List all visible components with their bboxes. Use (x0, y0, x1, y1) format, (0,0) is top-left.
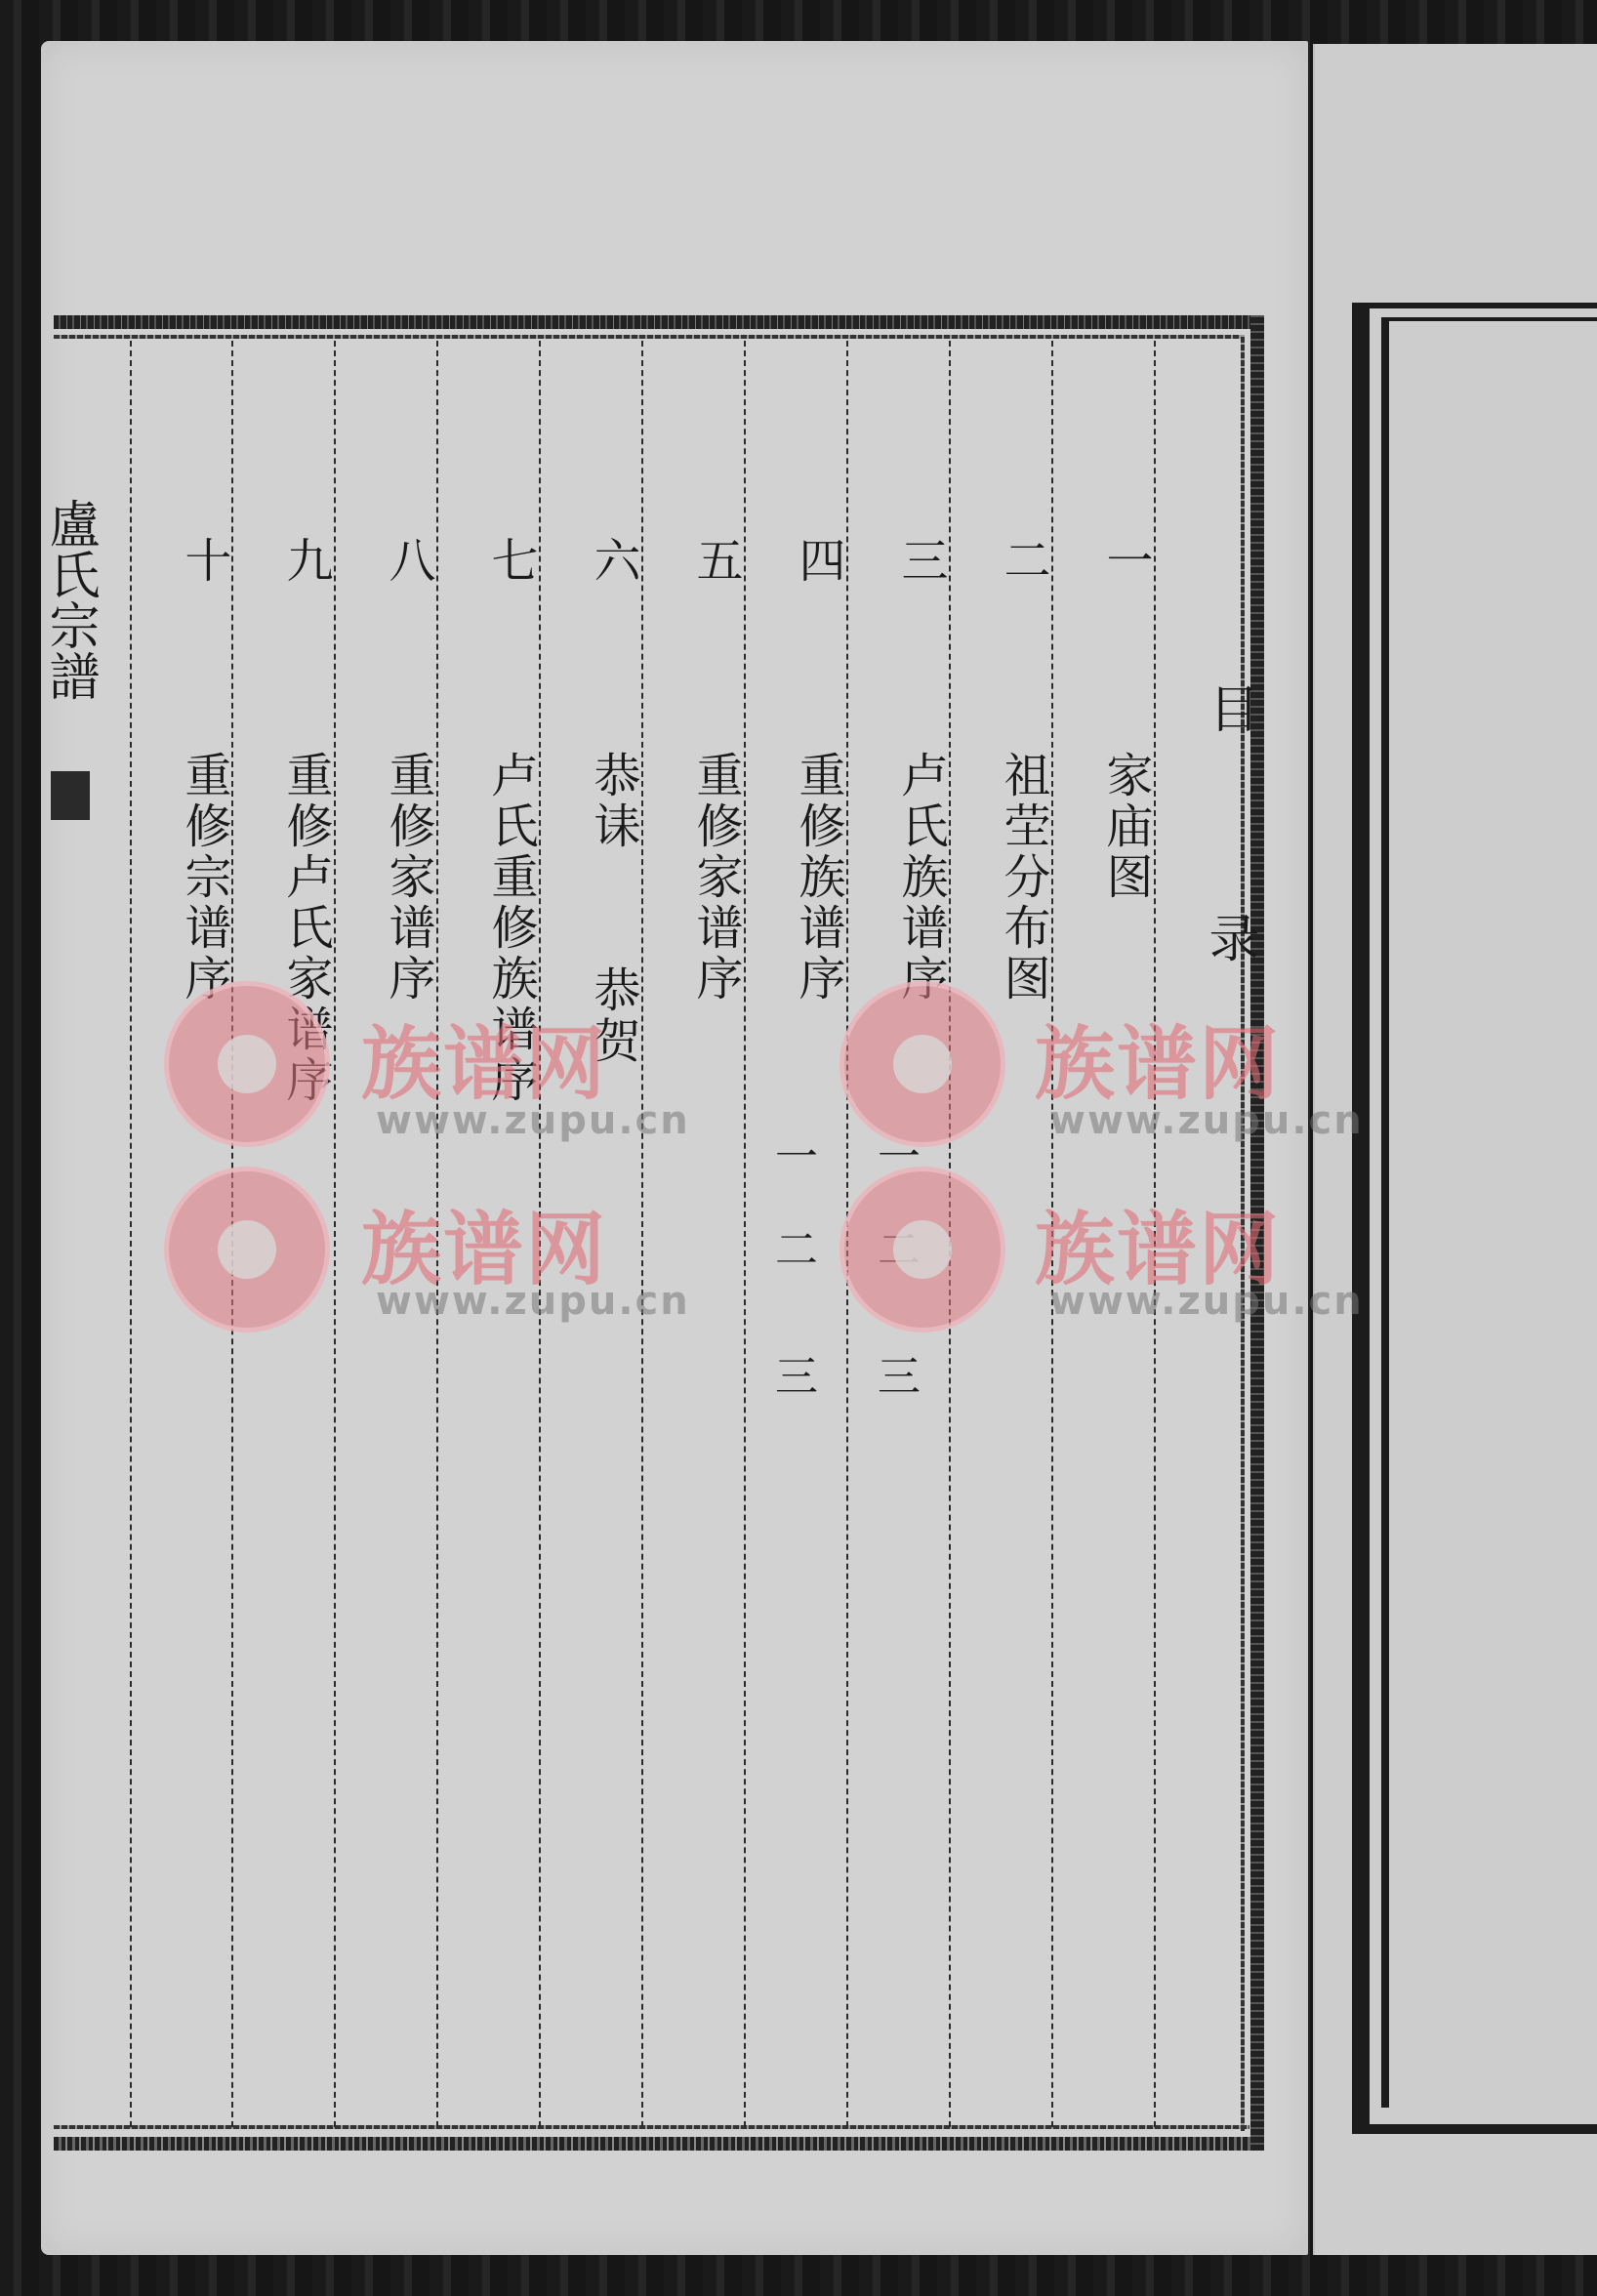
toc-entry-number: 五 (643, 536, 745, 587)
toc-entry-number: 九 (233, 536, 335, 587)
toc-entry-title: 重修卢氏家谱序 (233, 751, 335, 1106)
toc-page-number: 三 (746, 1341, 847, 1404)
toc-page-number: 一 (848, 1122, 950, 1184)
toc-entry-number: 十 (132, 536, 233, 587)
toc-entry-number: 一 (1053, 536, 1155, 587)
toc-entry[interactable]: 九 重修卢氏家谱序 (233, 341, 335, 2127)
toc-entry-title: 祖茔分布图 (951, 751, 1052, 1004)
frame-border-top-inner (54, 335, 1245, 339)
toc-entry-title: 重修宗谱序 (132, 751, 233, 1004)
toc-entry-title: 重修家谱序 (643, 751, 745, 1004)
toc-entry-number: 四 (746, 536, 847, 587)
toc-page-number: 二 (848, 1214, 950, 1277)
toc-entry[interactable]: 八 重修家谱序 (336, 341, 437, 2127)
toc-entry-title: 卢氏重修族谱序 (438, 751, 540, 1106)
toc-entry-title: 重修家谱序 (336, 751, 437, 1004)
toc-entry-title: 重修族谱序 (746, 751, 847, 1004)
toc-heading-mu: 目 (1157, 682, 1258, 737)
frame-border-top (54, 315, 1264, 329)
toc-page-number: 一 (746, 1122, 847, 1184)
toc-entry-title: 家庙图 (1053, 751, 1155, 903)
toc-entry[interactable]: 一 家庙图 (1053, 341, 1155, 2127)
toc-entry[interactable]: 十 重修宗谱序 (132, 341, 233, 2127)
toc-entry[interactable]: 三 卢氏族谱序 一 二 三 (848, 341, 950, 2127)
right-page-frame-inner (1381, 317, 1597, 2108)
toc-entry[interactable]: 六 恭诔 恭贺 (541, 341, 642, 2127)
toc-entry-number: 六 (541, 536, 642, 587)
toc-heading-lu: 录 (1157, 912, 1258, 966)
toc-entry-title: 恭诔 (541, 751, 642, 852)
toc-entry-number: 二 (951, 536, 1052, 587)
frame-border-bottom (54, 2137, 1264, 2151)
toc-entry[interactable]: 七 卢氏重修族谱序 (438, 341, 540, 2127)
toc-entry[interactable]: 二 祖茔分布图 (951, 341, 1052, 2127)
toc-entry-subtitle: 恭贺 (541, 965, 642, 1067)
toc-heading-column: 目 录 (1157, 341, 1258, 2127)
toc-page-number: 二 (746, 1214, 847, 1277)
toc-entry-number: 三 (848, 536, 950, 587)
toc-entry-number: 七 (438, 536, 540, 587)
toc-page-number: 三 (848, 1341, 950, 1404)
toc-entry[interactable]: 四 重修族谱序 一 二 三 (746, 341, 847, 2127)
toc-entry[interactable]: 五 重修家谱序 (643, 341, 745, 2127)
toc-entry-title: 卢氏族谱序 (848, 751, 950, 1004)
toc-entry-number: 八 (336, 536, 437, 587)
table-of-contents-frame: 目 录 一 家庙图 二 祖茔分布图 三 卢氏族谱序 一 二 三 四 重修族谱序 … (54, 315, 1264, 2151)
